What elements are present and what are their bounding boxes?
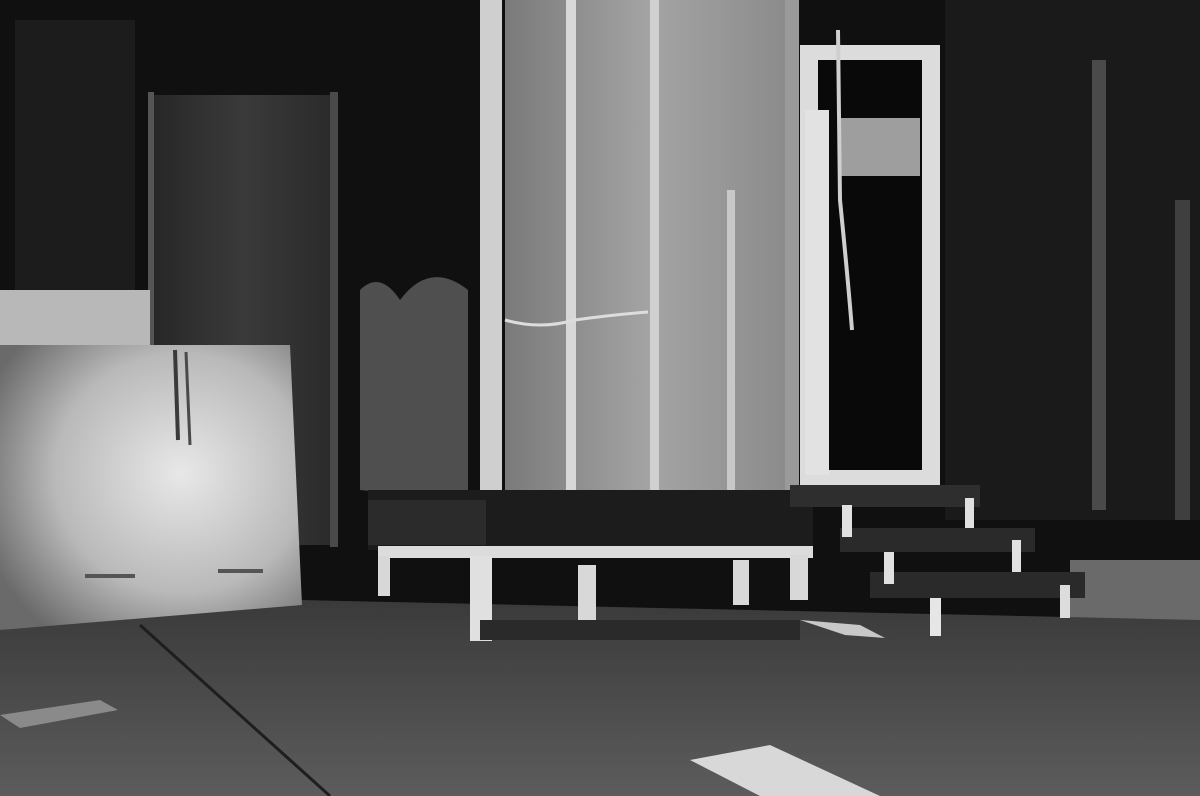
drywall-sheet <box>0 345 302 630</box>
photo-scene <box>0 0 1200 796</box>
photograph <box>0 0 1200 796</box>
doorway <box>800 30 940 485</box>
insulated-wall <box>480 0 799 505</box>
